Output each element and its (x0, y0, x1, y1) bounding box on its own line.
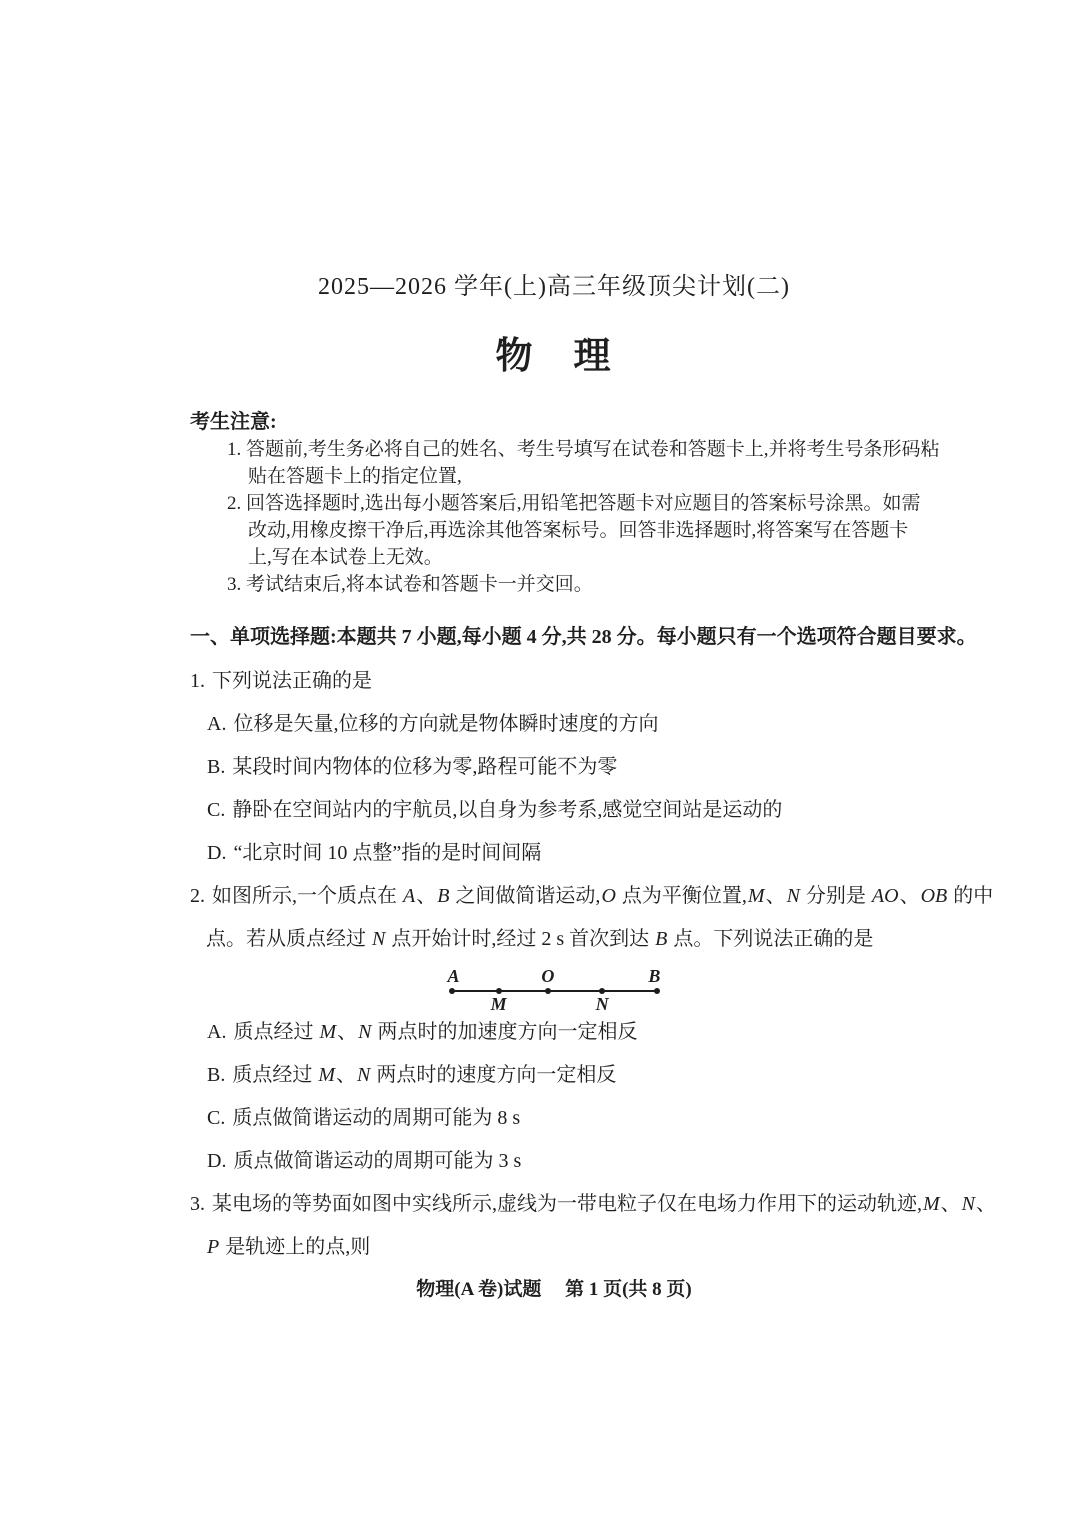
question-3: 3.某电场的等势面如图中实线所示,虚线为一带电粒子仅在电场力作用下的运动轨迹,M… (190, 1183, 918, 1269)
option-label: A. (207, 713, 226, 735)
question-1: 1.下列说法正确的是 A.位移是矢量,位移的方向就是物体瞬时速度的方向 B.某段… (190, 660, 918, 875)
option-label: B. (207, 756, 225, 778)
question-2-stem-line-1: 2.如图所示,一个质点在 A、B 之间做简谐运动,O 点为平衡位置,M、N 分别… (190, 875, 918, 918)
notice-item: 1. 答题前,考生务必将自己的姓名、考生号填写在试卷和答题卡上,并将考生号条形码… (190, 436, 918, 490)
q2-figure: A O B M N (452, 964, 657, 1010)
option-label: D. (207, 842, 226, 864)
notice-item: 2. 回答选择题时,选出每小题答案后,用铅笔把答题卡对应题目的答案标号涂黑。如需… (190, 490, 918, 571)
option-text: 某段时间内物体的位移为零,路程可能不为零 (232, 756, 617, 778)
notice-line: 上,写在本试卷上无效。 (248, 544, 918, 571)
exam-paper-page: 2025—2026 学年(上)高三年级顶尖计划(二) 物 理 考生注意: 1. … (0, 0, 1080, 1527)
option-text: 质点做简谐运动的周期可能为 8 s (232, 1107, 520, 1129)
figure-dot-a (449, 988, 455, 994)
question-1-option-a: A.位移是矢量,位移的方向就是物体瞬时速度的方向 (207, 703, 918, 746)
notice-line: 改动,用橡皮擦干净后,再选涂其他答案标号。回答非选择题时,将答案写在答题卡 (248, 517, 918, 544)
subject-title: 物 理 (190, 336, 918, 378)
figure-label-n: N (596, 994, 609, 1014)
question-number: 3. (190, 1183, 205, 1226)
question-1-option-d: D.“北京时间 10 点整”指的是时间间隔 (207, 832, 918, 875)
option-label: C. (207, 799, 225, 821)
figure-label-a: A (448, 966, 460, 986)
notice-item: 3. 考试结束后,将本试卷和答题卡一并交回。 (190, 571, 918, 598)
notice-line: 3. 考试结束后,将本试卷和答题卡一并交回。 (227, 571, 918, 598)
question-number: 1. (190, 660, 205, 703)
question-2-option-b: B.质点经过 M、N 两点时的速度方向一定相反 (207, 1054, 918, 1097)
question-1-option-b: B.某段时间内物体的位移为零,路程可能不为零 (207, 746, 918, 789)
option-text: 质点做简谐运动的周期可能为 3 s (233, 1150, 521, 1172)
questions-area: 1.下列说法正确的是 A.位移是矢量,位移的方向就是物体瞬时速度的方向 B.某段… (190, 660, 918, 1269)
notice-list: 1. 答题前,考生务必将自己的姓名、考生号填写在试卷和答题卡上,并将考生号条形码… (190, 436, 918, 598)
figure-dot-o (545, 988, 551, 994)
question-2-option-c: C.质点做简谐运动的周期可能为 8 s (207, 1097, 918, 1140)
question-2-option-d: D.质点做简谐运动的周期可能为 3 s (207, 1140, 918, 1183)
notice-heading: 考生注意: (190, 408, 918, 436)
option-label: C. (207, 1107, 225, 1129)
question-2-stem-line-2: 点。若从质点经过 N 点开始计时,经过 2 s 首次到达 B 点。下列说法正确的… (206, 918, 918, 961)
option-text: “北京时间 10 点整”指的是时间间隔 (233, 842, 541, 864)
figure-dot-b (654, 988, 660, 994)
question-2: 2.如图所示,一个质点在 A、B 之间做简谐运动,O 点为平衡位置,M、N 分别… (190, 875, 918, 1183)
figure-label-m: M (491, 994, 507, 1014)
header-title: 2025—2026 学年(上)高三年级顶尖计划(二) (190, 272, 918, 302)
option-text: 静卧在空间站内的宇航员,以自身为参考系,感觉空间站是运动的 (232, 799, 782, 821)
notice-line: 2. 回答选择题时,选出每小题答案后,用铅笔把答题卡对应题目的答案标号涂黑。如需 (227, 490, 918, 517)
option-text: 质点经过 M、N 两点时的加速度方向一定相反 (233, 1021, 637, 1043)
notice-line: 贴在答题卡上的指定位置, (248, 463, 918, 490)
option-label: B. (207, 1064, 225, 1086)
option-text: 位移是矢量,位移的方向就是物体瞬时速度的方向 (233, 713, 658, 735)
notice-line: 1. 答题前,考生务必将自己的姓名、考生号填写在试卷和答题卡上,并将考生号条形码… (227, 436, 918, 463)
question-number: 2. (190, 875, 205, 918)
question-2-option-a: A.质点经过 M、N 两点时的加速度方向一定相反 (207, 1011, 918, 1054)
option-text: 质点经过 M、N 两点时的速度方向一定相反 (232, 1064, 616, 1086)
section-heading: 一、单项选择题:本题共 7 小题,每小题 4 分,共 28 分。每小题只有一个选… (190, 622, 918, 652)
question-3-stem-line-1: 3.某电场的等势面如图中实线所示,虚线为一带电粒子仅在电场力作用下的运动轨迹,M… (190, 1183, 918, 1226)
question-1-stem: 1.下列说法正确的是 (190, 660, 918, 703)
option-label: A. (207, 1021, 226, 1043)
page-footer: 物理(A 卷)试题 第 1 页(共 8 页) (190, 1276, 918, 1304)
option-label: D. (207, 1150, 226, 1172)
page-content: 2025—2026 学年(上)高三年级顶尖计划(二) 物 理 考生注意: 1. … (190, 272, 918, 1304)
figure-label-o: O (541, 966, 554, 986)
question-3-stem-line-2: P 是轨迹上的点,则 (206, 1226, 918, 1269)
figure-label-b: B (648, 966, 660, 986)
question-1-option-c: C.静卧在空间站内的宇航员,以自身为参考系,感觉空间站是运动的 (207, 789, 918, 832)
q2-figure-line (452, 990, 657, 992)
